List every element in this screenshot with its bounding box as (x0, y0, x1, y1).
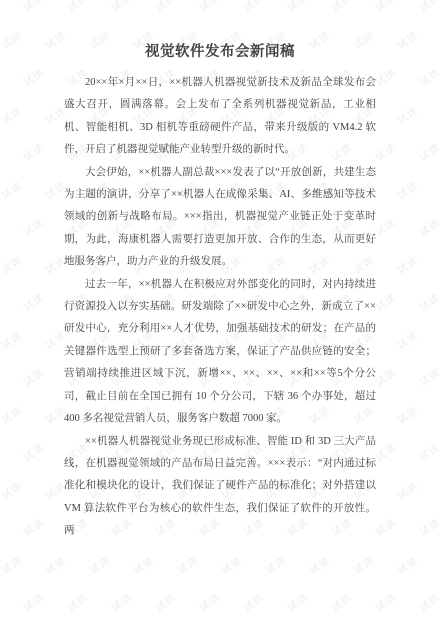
watermark-text: 试读 (372, 0, 399, 14)
watermark-text: 试读 (284, 589, 311, 614)
watermark-text: 试读 (20, 439, 47, 464)
watermark-text: 试读 (306, 552, 333, 577)
watermark-text: 试读 (130, 552, 157, 577)
watermark-text: 试读 (0, 289, 2, 314)
body-paragraph-2: 大会伊始，××机器人副总裁×××发表了以“开放创新，共建生态 为主题的演讲，分享… (64, 162, 376, 274)
watermark-text: 试读 (20, 514, 47, 539)
watermark-text: 试读 (416, 64, 440, 89)
watermark-text: 试读 (108, 0, 135, 14)
watermark-text: 试读 (394, 402, 421, 427)
watermark-text: 试读 (86, 552, 113, 577)
watermark-text: 试读 (284, 0, 311, 14)
watermark-text: 试读 (394, 477, 421, 502)
watermark-text: 试读 (0, 477, 24, 502)
watermark-text: 试读 (416, 514, 440, 539)
watermark-text: 试读 (394, 177, 421, 202)
watermark-text: 试读 (20, 214, 47, 239)
watermark-text: 试读 (196, 0, 223, 14)
watermark-text: 试读 (20, 0, 47, 14)
watermark-text: 试读 (416, 439, 440, 464)
watermark-text: 试读 (42, 552, 69, 577)
watermark-text: 试读 (372, 589, 399, 614)
watermark-text: 试读 (218, 552, 245, 577)
watermark-text: 试读 (0, 439, 2, 464)
watermark-text: 试读 (0, 214, 2, 239)
watermark-text: 试读 (394, 252, 421, 277)
watermark-text: 试读 (0, 64, 2, 89)
watermark-text: 试读 (394, 27, 421, 52)
document-page: 试读试读试读试读试读试读试读试读试读试读试读试读试读试读试读试读试读试读试读试读… (0, 0, 440, 620)
watermark-text: 试读 (0, 589, 2, 614)
watermark-text: 试读 (64, 589, 91, 614)
watermark-text: 试读 (0, 364, 2, 389)
watermark-text: 试读 (174, 552, 201, 577)
body-paragraph-1: 20××年×月××日，××机器人机器视觉新技术及新品全球发布会盛大召开，圆满落幕… (64, 72, 376, 162)
watermark-text: 试读 (416, 589, 440, 614)
watermark-text: 试读 (416, 139, 440, 164)
watermark-text: 试读 (328, 0, 355, 14)
watermark-text: 试读 (416, 289, 440, 314)
watermark-text: 试读 (394, 102, 421, 127)
watermark-text: 试读 (240, 589, 267, 614)
watermark-text: 试读 (0, 27, 24, 52)
watermark-text: 试读 (416, 214, 440, 239)
watermark-text: 试读 (20, 289, 47, 314)
watermark-text: 试读 (0, 552, 24, 577)
watermark-text: 试读 (64, 0, 91, 14)
watermark-text: 试读 (240, 0, 267, 14)
watermark-text: 试读 (328, 589, 355, 614)
watermark-text: 试读 (394, 327, 421, 352)
watermark-text: 试读 (152, 589, 179, 614)
watermark-text: 试读 (416, 364, 440, 389)
watermark-text: 试读 (20, 364, 47, 389)
watermark-text: 试读 (196, 589, 223, 614)
watermark-text: 试读 (350, 552, 377, 577)
document-content: 视觉软件发布会新闻稿 20××年×月××日，××机器人机器视觉新技术及新品全球发… (64, 40, 376, 543)
body-paragraph-4: ××机器人机器视觉业务现已形成标准、智能 ID 和 3D 三大产品线，在机器视觉… (64, 431, 376, 543)
watermark-text: 试读 (0, 0, 2, 14)
watermark-text: 试读 (152, 0, 179, 14)
watermark-text: 试读 (0, 252, 24, 277)
watermark-text: 试读 (0, 327, 24, 352)
watermark-text: 试读 (262, 552, 289, 577)
watermark-text: 试读 (416, 0, 440, 14)
watermark-text: 试读 (20, 64, 47, 89)
watermark-text: 试读 (108, 589, 135, 614)
watermark-text: 试读 (0, 102, 24, 127)
watermark-text: 试读 (394, 552, 421, 577)
body-paragraph-3: 过去一年，××机器人在积极应对外部变化的同时，对内持续进行资源投入以夯实基础。研… (64, 274, 376, 431)
watermark-text: 试读 (20, 589, 47, 614)
watermark-text: 试读 (20, 139, 47, 164)
document-title: 视觉软件发布会新闻稿 (64, 40, 376, 64)
watermark-text: 试读 (0, 514, 2, 539)
watermark-text: 试读 (0, 402, 24, 427)
watermark-text: 试读 (0, 139, 2, 164)
watermark-text: 试读 (0, 177, 24, 202)
